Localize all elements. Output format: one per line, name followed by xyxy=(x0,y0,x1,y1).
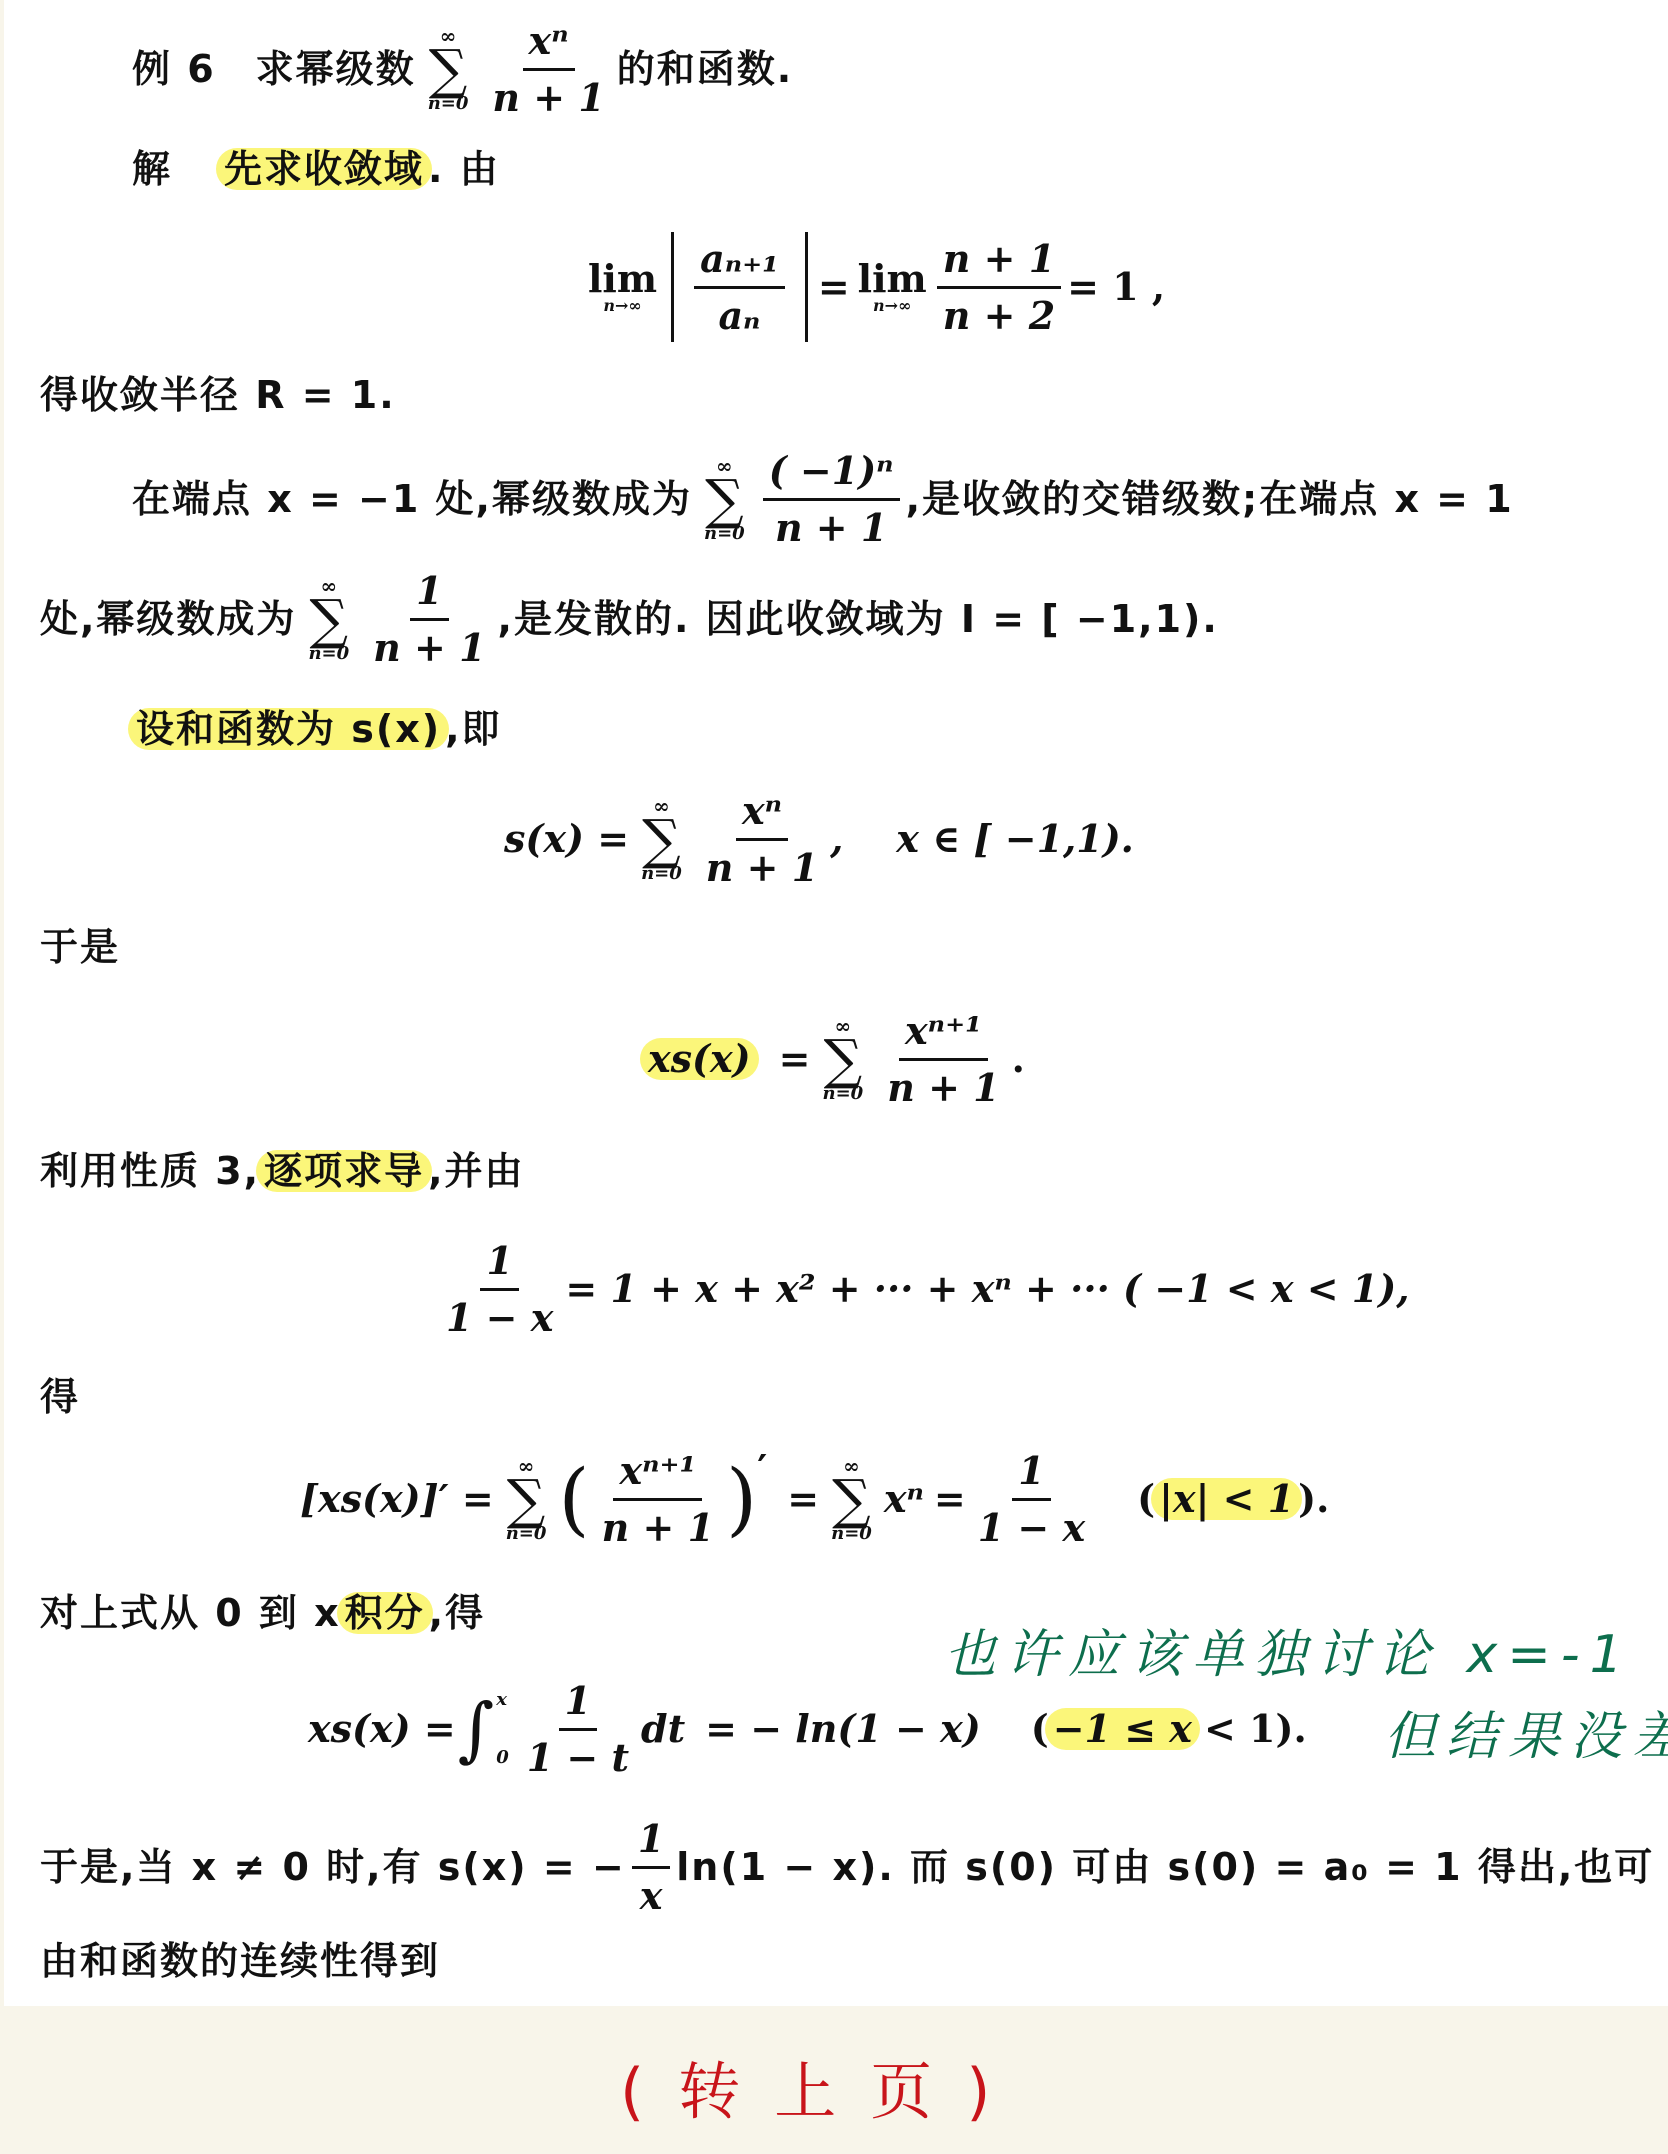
xsx-equation: xs(x) = ∞ ∑ n=0 xⁿ⁺¹ n + 1 . xyxy=(644,1010,1025,1109)
highlight-integral: 积分 xyxy=(337,1592,433,1634)
radius-text: 得收敛半径 R = 1. xyxy=(40,376,396,414)
therefore-text: 于是 xyxy=(40,928,120,966)
highlight-abs-x-condition: |x| < 1 xyxy=(1151,1478,1302,1520)
conclusion-line-2: 由和函数的连续性得到 xyxy=(40,1942,440,1980)
endpoint-line-1: 在端点 x = −1 处,幂级数成为 ∞ ∑ n=0 ( −1)ⁿ n + 1 … xyxy=(132,450,1514,549)
absolute-ratio: aₙ₊₁ aₙ xyxy=(671,232,808,342)
highlight-sum-function: 设和函数为 s(x) xyxy=(128,708,449,750)
conclusion-line-1: 于是,当 x ≠ 0 时,有 s(x) = − 1 x ln(1 − x). 而… xyxy=(40,1818,1654,1917)
sum-symbol: ∞ ∑ n=0 xyxy=(704,456,745,543)
sum-function-line: 设和函数为 s(x) ,即 xyxy=(132,708,502,750)
sum-symbol: ∞ ∑ n=0 xyxy=(308,576,349,663)
limit-operator-2: lim n→∞ xyxy=(858,260,927,314)
sum-symbol: ∞ ∑ n=0 xyxy=(823,1016,864,1103)
geometric-series-equation: 1 1 − x = 1 + x + x² + ··· + xⁿ + ··· ( … xyxy=(434,1240,1409,1339)
highlight-termwise-derivative: 逐项求导 xyxy=(256,1150,432,1192)
footer-area: (转上页) xyxy=(0,2006,1668,2154)
endpoint-line-2: 处,幂级数成为 ∞ ∑ n=0 1 n + 1 ,是发散的. 因此收敛域为 I … xyxy=(40,570,1219,669)
sum-symbol: ∞ ∑ n=0 xyxy=(506,1456,547,1543)
example-label: 例 6 xyxy=(132,50,216,88)
highlight-convergence-domain: 先求收敛域 xyxy=(216,148,432,190)
limit-equation: lim n→∞ aₙ₊₁ aₙ = lim n→∞ n + 1 n + 2 = … xyxy=(584,232,1165,342)
solution-line: 解 先求收敛域 . 由 xyxy=(132,148,500,190)
series-fraction: xⁿ n + 1 xyxy=(486,20,610,119)
sum-symbol: ∞ ∑ n=0 xyxy=(641,796,682,883)
property-line: 利用性质 3, 逐项求导 ,并由 xyxy=(40,1150,525,1192)
handwritten-note-discuss-endpoint: 也许应该单独讨论 x=-1 xyxy=(944,1612,1633,1687)
handwritten-note-continued-previous-page: (转上页) xyxy=(620,2042,1024,2131)
limit-operator: lim n→∞ xyxy=(588,260,657,314)
obtain-text: 得 xyxy=(40,1378,80,1416)
example-heading: 例 6 求幂级数 ∞ ∑ n=0 xⁿ n + 1 的和函数. xyxy=(132,20,793,119)
handwritten-note-result-same: 但结果没差 xyxy=(1384,1694,1668,1769)
highlight-lower-bound-condition: −1 ≤ x xyxy=(1045,1708,1200,1750)
example-suffix: 的和函数. xyxy=(617,50,793,88)
highlight-xsx: xs(x) xyxy=(640,1038,759,1080)
textbook-page: 例 6 求幂级数 ∞ ∑ n=0 xⁿ n + 1 的和函数. 解 先求收敛域 … xyxy=(4,0,1668,2006)
integral-sign: ∫ xyxy=(458,1694,494,1764)
integrate-line: 对上式从 0 到 x 积分 ,得 xyxy=(40,1592,485,1634)
sum-symbol: ∞ ∑ n=0 xyxy=(428,26,469,113)
sum-symbol: ∞ ∑ n=0 xyxy=(831,1456,872,1543)
solution-after: . 由 xyxy=(428,150,500,188)
derivative-equation: [xs(x)]′ = ∞ ∑ n=0 ( xⁿ⁺¹ n + 1 ) ′ = ∞ … xyxy=(300,1450,1329,1549)
limit-fraction: n + 1 n + 2 xyxy=(937,238,1061,337)
example-prompt: 求幂级数 xyxy=(256,50,416,88)
solution-label: 解 xyxy=(132,150,172,188)
integral-equation: xs(x) = ∫ x 0 1 1 − t dt = − ln(1 − x) (… xyxy=(308,1680,1307,1779)
sx-equation: s(x) = ∞ ∑ n=0 xⁿ n + 1 , x ∈ [ −1,1). xyxy=(504,790,1134,889)
